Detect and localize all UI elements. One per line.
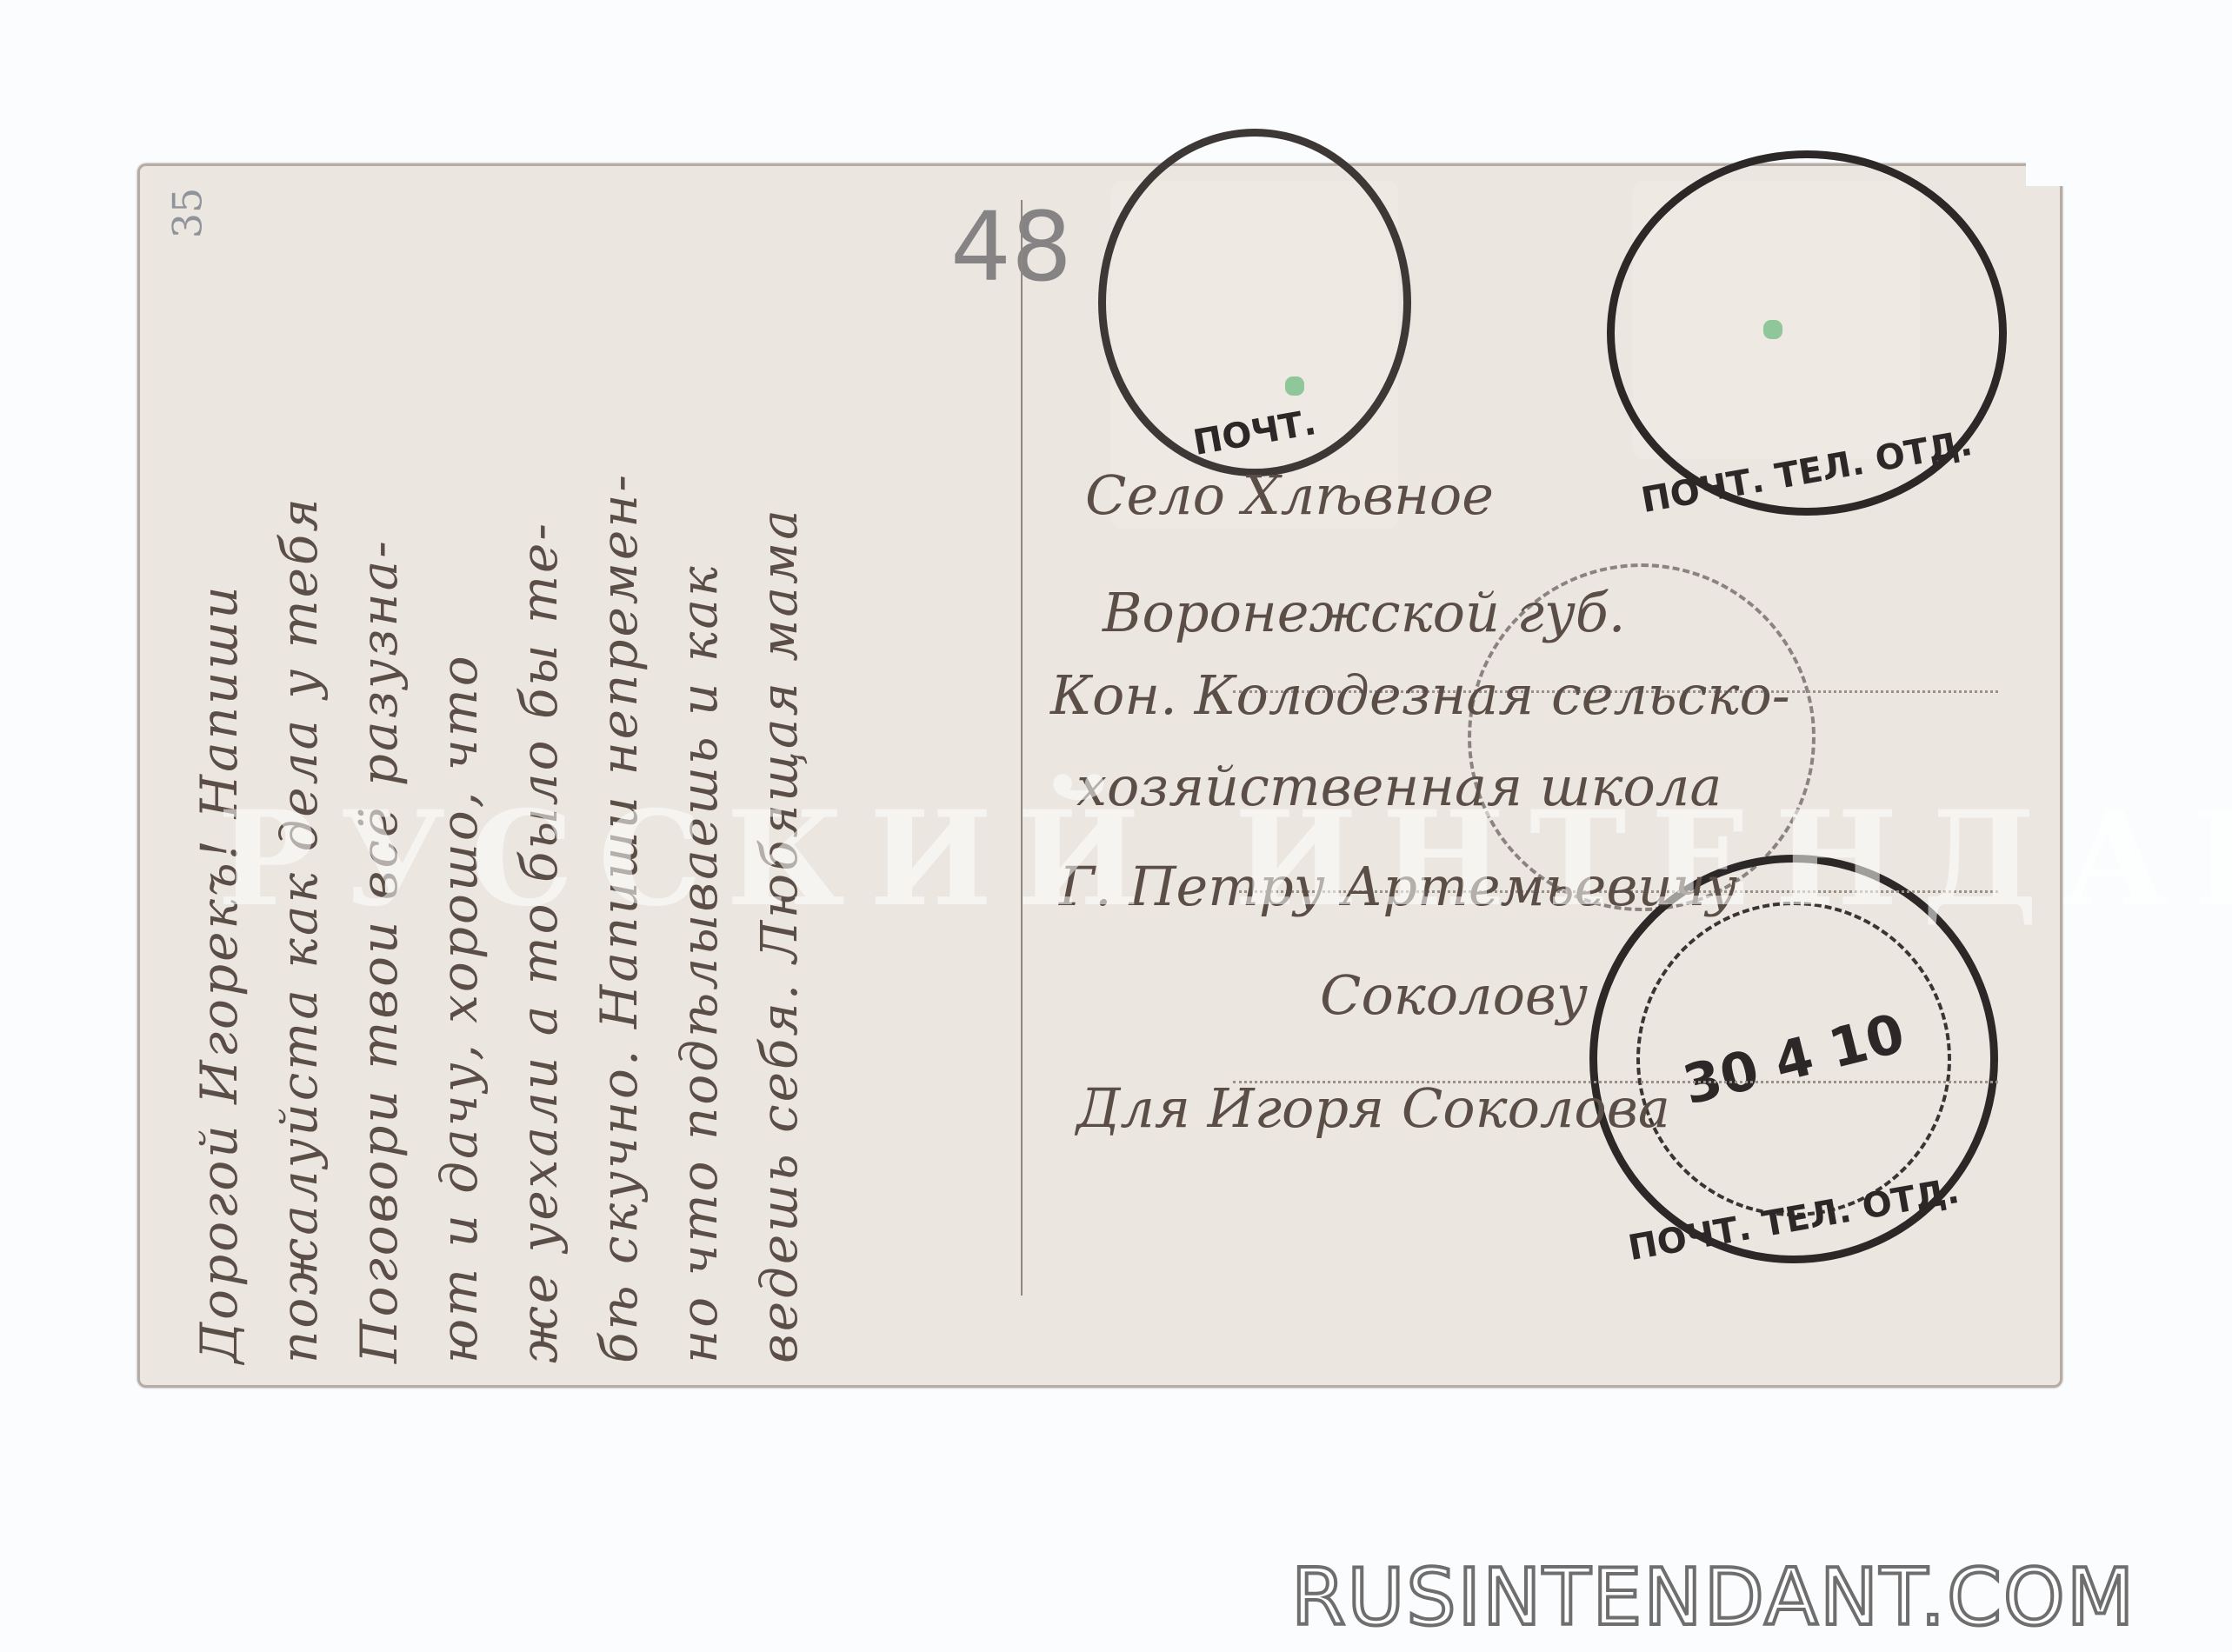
card-corner-notch	[2026, 160, 2066, 186]
address-line: Кон. Колодезная сельско-	[1050, 663, 1790, 727]
postmark-ring-text: ПОЧТ.	[1190, 403, 1319, 463]
corner-pencil-mark: 35	[163, 188, 210, 239]
address-line: Соколову	[1320, 963, 1588, 1027]
center-divider-line	[1021, 200, 1023, 1296]
pencil-number: 48	[950, 191, 1072, 303]
postmark-ring-text: ПОЧТ. ТЕЛ. ОТД.	[1638, 423, 1975, 521]
postmark: ПОЧТ.	[1098, 129, 1411, 476]
watermark-band: РУССКИЙ ИНТЕНДАНТЪ	[217, 783, 2232, 936]
postmark: ПОЧТ. ТЕЛ. ОТД.	[1607, 150, 2007, 516]
brand-watermark: RUSINTENDANT.COM	[1291, 1552, 2135, 1643]
postcard: 35 48 Дорогой Игорекъ! Напиши пожалуйста…	[137, 163, 2062, 1388]
address-line: Воронежской губ.	[1103, 581, 1625, 644]
address-line: Для Игоря Соколова	[1076, 1076, 1670, 1140]
address-line: Село Хлѣвное	[1085, 463, 1494, 527]
